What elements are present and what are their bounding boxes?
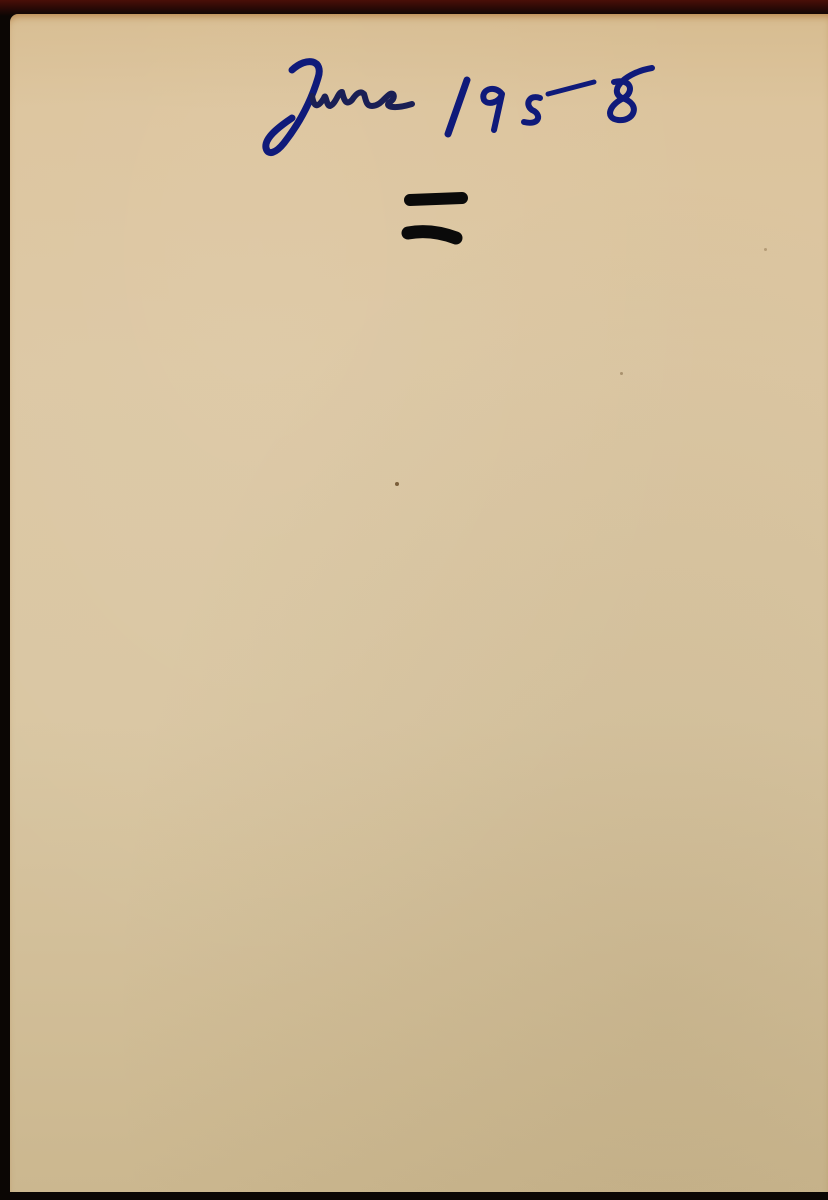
double-bar-mark: [400, 190, 472, 252]
paper-speck: [764, 248, 767, 251]
handwritten-date: June 195-8: [262, 48, 682, 168]
equals-mark: =: [400, 190, 472, 252]
paper-speck: [395, 482, 399, 486]
handwriting-june-1958: [262, 48, 682, 168]
paper-speck: [620, 372, 623, 375]
